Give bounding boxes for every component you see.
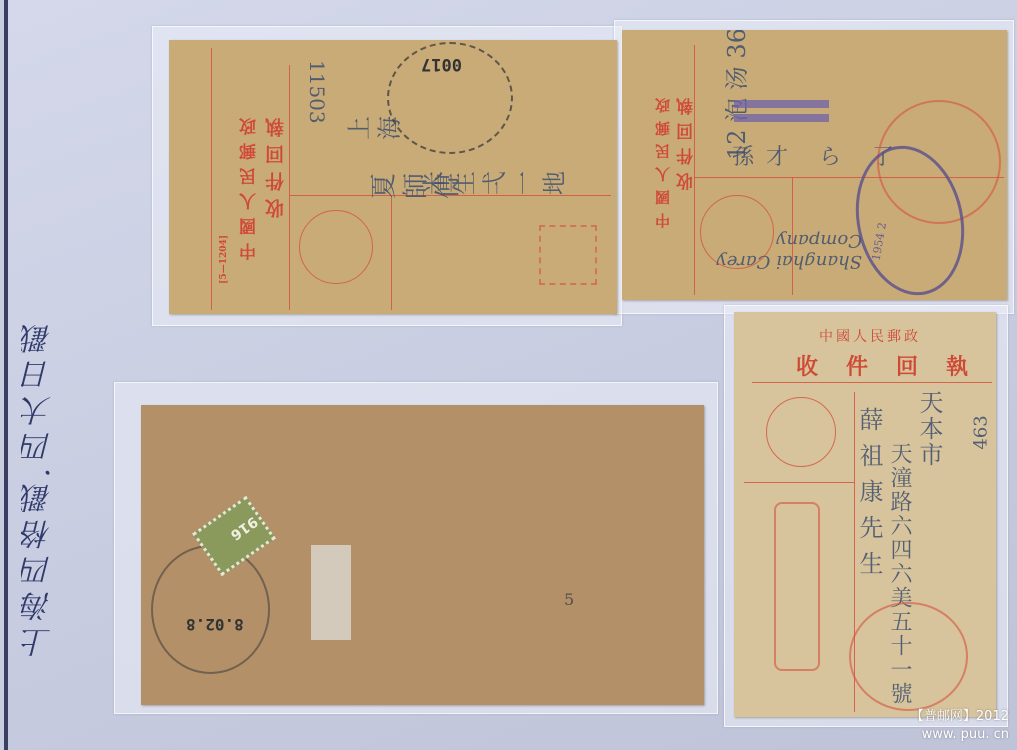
divider-line [391,195,392,310]
printed-title: 收件回執 [796,350,996,381]
postmark [151,545,270,674]
printed-header: 中國人民郵政 [819,326,921,346]
printed-header: 中國人民郵政 [652,90,673,228]
watermark: 【普邮网】2012 www. puu. cn [911,708,1009,744]
divider-line [289,65,290,310]
receipt-card-1: 中國人民郵政 收件回執 [5—1204] 11503 上海 夏師傅 米生弌一地 … [169,40,617,314]
printed-header: 中國人民郵政 [237,110,262,260]
receipt-card-3: 中國人民郵政 收件回執 463 天本市 天潼路六四六美五十一號 薛祖康先生 [734,312,996,717]
watermark-line-1: 【普邮网】2012 [911,708,1009,726]
album-page: 上海四格戳.四大日戳 中國人民郵政 收件回執 [5—1204] 11503 上海… [4,0,1017,750]
page-edge [4,0,8,750]
stamp-value: 916 [227,513,260,543]
handwritten-note: 上海四格戳.四大日戳 [18,318,62,658]
handwritten-line: 米生弌一地 [422,168,572,203]
handwritten-english: Shanghai Carey Company [682,230,862,272]
watermark-line-2: www. puu. cn [911,726,1009,744]
postmark-circle [299,210,373,284]
cancel-bar [734,114,829,122]
divider-line [752,382,992,383]
signature-box [539,225,597,285]
border-line [211,48,212,310]
receipt-card-2: 中國人民郵政 收件回執 12 泡 汤 363 孫才 ら 了 Shanghai C… [622,30,1007,300]
printed-title: 收件回執 [674,90,699,190]
cancel-bar [734,100,829,108]
red-rectangular-chop [774,502,820,671]
handwritten-recipient: 薛祖康先生 [852,407,887,587]
handwritten-number: 463 [971,415,992,449]
postmark-text: 0017 [421,54,462,74]
form-code: [5—1204] [219,235,229,284]
postmark-text: 8.02.8 [186,615,244,634]
postmark-circle [766,397,836,467]
paper-repair-patch [311,545,351,640]
handwritten-mark: 5 [564,590,574,609]
envelope-back: 8.02.8 916 5 [141,405,704,705]
printed-title: 收件回執 [262,110,289,218]
divider-line [744,482,854,483]
handwritten-number: 11503 [305,60,329,124]
red-circular-postmark [849,602,968,711]
handwritten-city: 天本市 [912,390,947,468]
